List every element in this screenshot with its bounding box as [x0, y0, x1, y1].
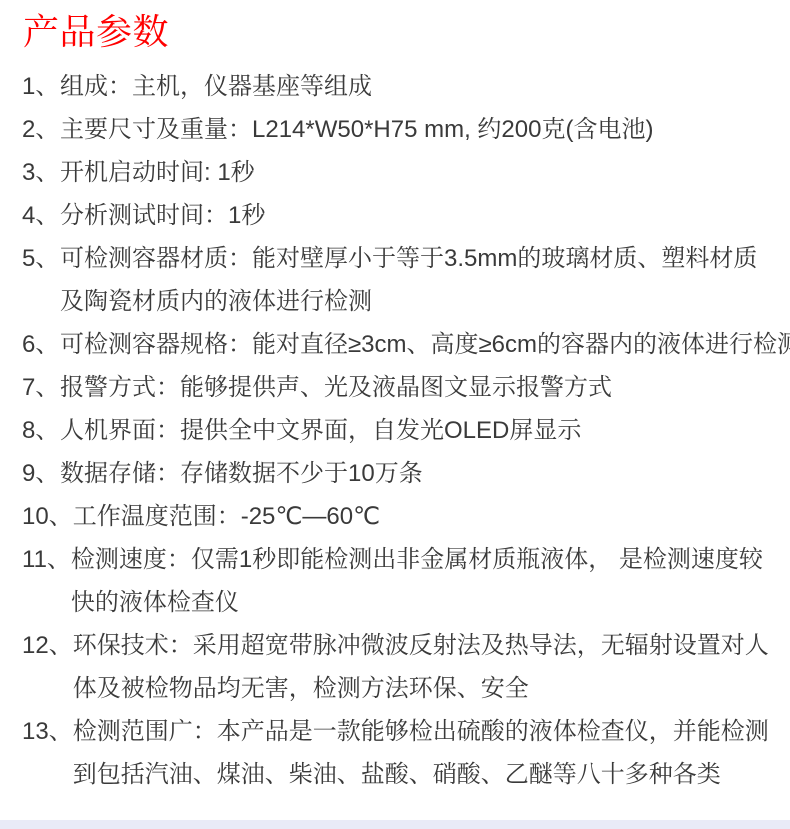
spec-item-text: 主要尺寸及重量：L214*W50*H75 mm, 约200克(含电池) — [60, 108, 786, 151]
spec-item-text-wrap: 体及被检物品均无害，检测方法环保、安全 — [73, 667, 786, 710]
spec-item-text: 人机界面：提供全中文界面，自发光OLED屏显示 — [60, 409, 786, 452]
spec-item-text: 环保技术：采用超宽带脉冲微波反射法及热导法，无辐射设置对人 — [73, 624, 786, 667]
spec-item-6: 6、 可检测容器规格：能对直径≥3cm、高度≥6cm的容器内的液体进行检测 — [22, 323, 786, 366]
spec-item-11: 11、 检测速度：仅需1秒即能检测出非金属材质瓶液体， 是检测速度较 快的液体检… — [22, 538, 786, 624]
page-title: 产品参数 — [0, 0, 790, 53]
spec-item-4: 4、 分析测试时间：1秒 — [22, 194, 786, 237]
spec-item-13: 13、 检测范围广：本产品是一款能够检出硫酸的液体检查仪，并能检测 到包括汽油、… — [22, 710, 786, 796]
spec-item-10: 10、 工作温度范围：-25℃—60℃ — [22, 495, 786, 538]
spec-item-9: 9、 数据存储：存储数据不少于10万条 — [22, 452, 786, 495]
spec-item-number: 6、 — [22, 323, 60, 366]
spec-item-number: 4、 — [22, 194, 60, 237]
spec-item-number: 3、 — [22, 151, 60, 194]
spec-item-number: 1、 — [22, 65, 60, 108]
spec-item-8: 8、 人机界面：提供全中文界面，自发光OLED屏显示 — [22, 409, 786, 452]
spec-item-number: 9、 — [22, 452, 60, 495]
spec-item-3: 3、 开机启动时间: 1秒 — [22, 151, 786, 194]
spec-item-number: 11、 — [22, 538, 71, 581]
spec-item-number: 10、 — [22, 495, 73, 538]
spec-list: 1、 组成：主机，仪器基座等组成 2、 主要尺寸及重量：L214*W50*H75… — [0, 65, 790, 796]
spec-item-text: 可检测容器规格：能对直径≥3cm、高度≥6cm的容器内的液体进行检测 — [60, 323, 786, 366]
spec-item-text-wrap: 及陶瓷材质内的液体进行检测 — [60, 280, 786, 323]
spec-item-number: 12、 — [22, 624, 73, 667]
spec-item-number: 8、 — [22, 409, 60, 452]
spec-item-text: 报警方式：能够提供声、光及液晶图文显示报警方式 — [60, 366, 786, 409]
spec-item-number: 13、 — [22, 710, 73, 753]
spec-item-number: 7、 — [22, 366, 60, 409]
spec-item-2: 2、 主要尺寸及重量：L214*W50*H75 mm, 约200克(含电池) — [22, 108, 786, 151]
spec-item-text-wrap: 快的液体检查仪 — [71, 581, 786, 624]
spec-item-7: 7、 报警方式：能够提供声、光及液晶图文显示报警方式 — [22, 366, 786, 409]
spec-item-1: 1、 组成：主机，仪器基座等组成 — [22, 65, 786, 108]
spec-item-text: 组成：主机，仪器基座等组成 — [60, 65, 786, 108]
spec-item-5: 5、 可检测容器材质：能对壁厚小于等于3.5mm的玻璃材质、塑料材质 及陶瓷材质… — [22, 237, 786, 323]
product-parameters-page: 产品参数 1、 组成：主机，仪器基座等组成 2、 主要尺寸及重量：L214*W5… — [0, 0, 790, 829]
spec-item-text: 检测范围广：本产品是一款能够检出硫酸的液体检查仪，并能检测 — [73, 710, 786, 753]
spec-item-number: 2、 — [22, 108, 60, 151]
spec-item-text-wrap: 到包括汽油、煤油、柴油、盐酸、硝酸、乙醚等八十多种各类 — [73, 753, 786, 796]
spec-item-text: 数据存储：存储数据不少于10万条 — [60, 452, 786, 495]
spec-item-number: 5、 — [22, 237, 60, 280]
spec-item-12: 12、 环保技术：采用超宽带脉冲微波反射法及热导法，无辐射设置对人 体及被检物品… — [22, 624, 786, 710]
spec-item-text: 开机启动时间: 1秒 — [60, 151, 786, 194]
footer-accent-bar — [0, 820, 790, 829]
spec-item-text: 可检测容器材质：能对壁厚小于等于3.5mm的玻璃材质、塑料材质 — [60, 237, 786, 280]
spec-item-text: 检测速度：仅需1秒即能检测出非金属材质瓶液体， 是检测速度较 — [71, 538, 786, 581]
spec-item-text: 工作温度范围：-25℃—60℃ — [73, 495, 786, 538]
spec-item-text: 分析测试时间：1秒 — [60, 194, 786, 237]
